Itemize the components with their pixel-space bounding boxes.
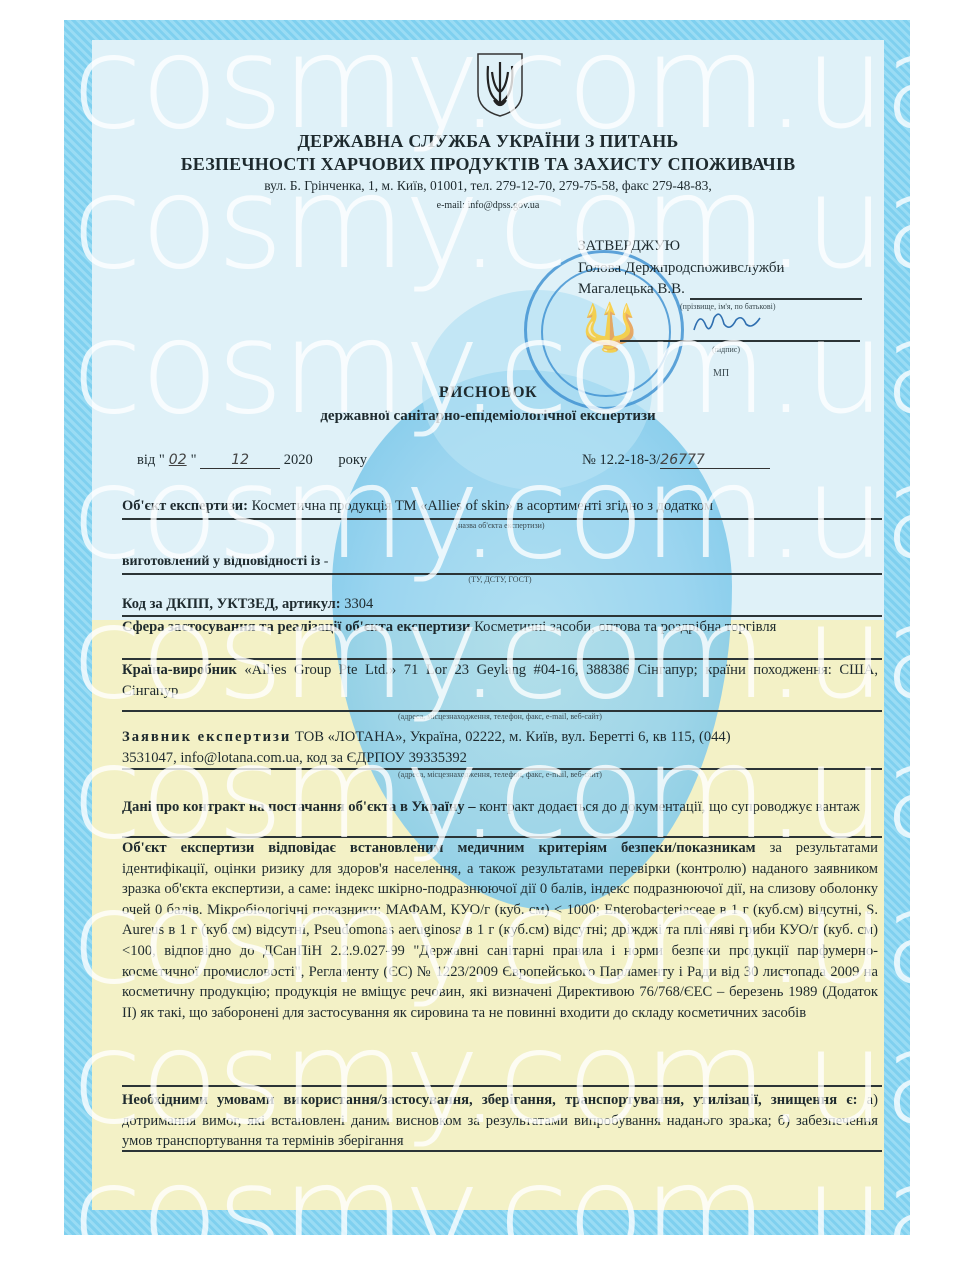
scope-field: Сфера застосування та реалізації об'єкта… [122, 617, 878, 638]
conclusion-paragraph: Об'єкт експертизи відповідає встановлени… [122, 838, 878, 1023]
approve-label: ЗАТВЕРДЖУЮ [578, 236, 680, 257]
conditions-paragraph: Необхідними умовами використання/застосу… [122, 1090, 878, 1152]
document-subtitle: державної санітарно-епідеміологічної екс… [92, 408, 884, 425]
seal-trident-icon: 🔱 [581, 298, 629, 358]
made-value: - [324, 554, 329, 569]
contract-field: Дані про контракт на постачання об'єкта … [122, 797, 878, 818]
document-title: ВИСНОВОК [92, 384, 884, 402]
code-value: 3304 [344, 596, 373, 612]
applicant-label: Заявник експертизи [122, 729, 291, 745]
object-value: Косметична продукція ТМ «Allies of skin»… [252, 498, 713, 514]
document-number: № 12.2-18-3/26777 [582, 452, 770, 469]
made-caption: (ТУ, ДСТУ, ГОСТ) [400, 575, 600, 584]
watermark: cosmy.com.ua [72, 1150, 960, 1278]
applicant-field: Заявник експертизи ТОВ «ЛОТАНА», Україна… [122, 727, 878, 768]
org-email: e-mail: info@dpss.gov.ua [92, 200, 884, 211]
signature-mark [690, 306, 770, 336]
date-year: 2020 [284, 452, 313, 468]
conclusion-lead: Об'єкт експертизи відповідає встановлени… [122, 840, 756, 856]
approver-position: Голова Держпродспоживслужби [578, 258, 785, 279]
code-label: Код за ДКПП, УКТЗЕД, артикул: [122, 596, 341, 612]
coat-of-arms-trident-icon [474, 52, 526, 118]
stamp-caption: МП [713, 368, 729, 379]
org-name-line2: БЕЗПЕЧНОСТІ ХАРЧОВИХ ПРОДУКТІВ ТА ЗАХИСТ… [92, 154, 884, 175]
made-field: виготовлений у відповідності із - [122, 554, 328, 570]
signature-caption: (підпис) [712, 345, 740, 354]
applicant-caption: (адреса, місцезнаходження, телефон, факс… [300, 770, 700, 779]
document-date: від "02" 12 2020 року [137, 452, 367, 469]
contract-label: Дані про контракт на постачання об'єкта … [122, 799, 476, 815]
date-prefix: від " [137, 452, 165, 468]
number-value: 26777 [660, 452, 770, 469]
scope-label: Сфера застосування та реалізації об'єкта… [122, 619, 470, 635]
conditions-lead: Необхідними умовами використання/застосу… [122, 1092, 857, 1108]
date-suffix: року [338, 452, 367, 468]
org-address: вул. Б. Грінченка, 1, м. Київ, 01001, те… [92, 178, 884, 194]
certificate-content: ДЕРЖАВНА СЛУЖБА УКРАЇНИ З ПИТАНЬ БЕЗПЕЧН… [0, 0, 974, 1280]
object-caption: (назва об'єкта експертизи) [400, 521, 600, 530]
scope-value: Косметичні засоби, оптова та роздрібна т… [474, 619, 776, 635]
approver-name: Магалецька В.В. [578, 279, 685, 300]
country-caption: (адреса, місцезнаходження, телефон, факс… [300, 712, 700, 721]
contract-value: контракт додається до документації, що с… [479, 799, 860, 815]
applicant-value-2: 3531047, info@lotana.com.ua, код за ЄДРП… [122, 750, 467, 766]
object-field: Об'єкт експертизи: Косметична продукція … [122, 498, 878, 515]
applicant-value-1: ТОВ «ЛОТАНА», Україна, 02222, м. Київ, в… [295, 729, 731, 745]
org-name-line1: ДЕРЖАВНА СЛУЖБА УКРАЇНИ З ПИТАНЬ [92, 131, 884, 152]
date-month: 12 [200, 452, 280, 469]
date-day: 02 [165, 452, 191, 468]
code-field: Код за ДКПП, УКТЗЕД, артикул: 3304 [122, 596, 373, 613]
country-label: Країна-виробник [122, 662, 237, 678]
country-field: Країна-виробник «Allies Group Pte Ltd.» … [122, 660, 878, 701]
number-prefix: № 12.2-18-3/ [582, 452, 660, 468]
object-label: Об'єкт експертизи: [122, 498, 248, 514]
conclusion-text: за результатами ідентифікації, оцінки ри… [122, 840, 878, 1021]
made-label: виготовлений у відповідності із [122, 554, 320, 569]
